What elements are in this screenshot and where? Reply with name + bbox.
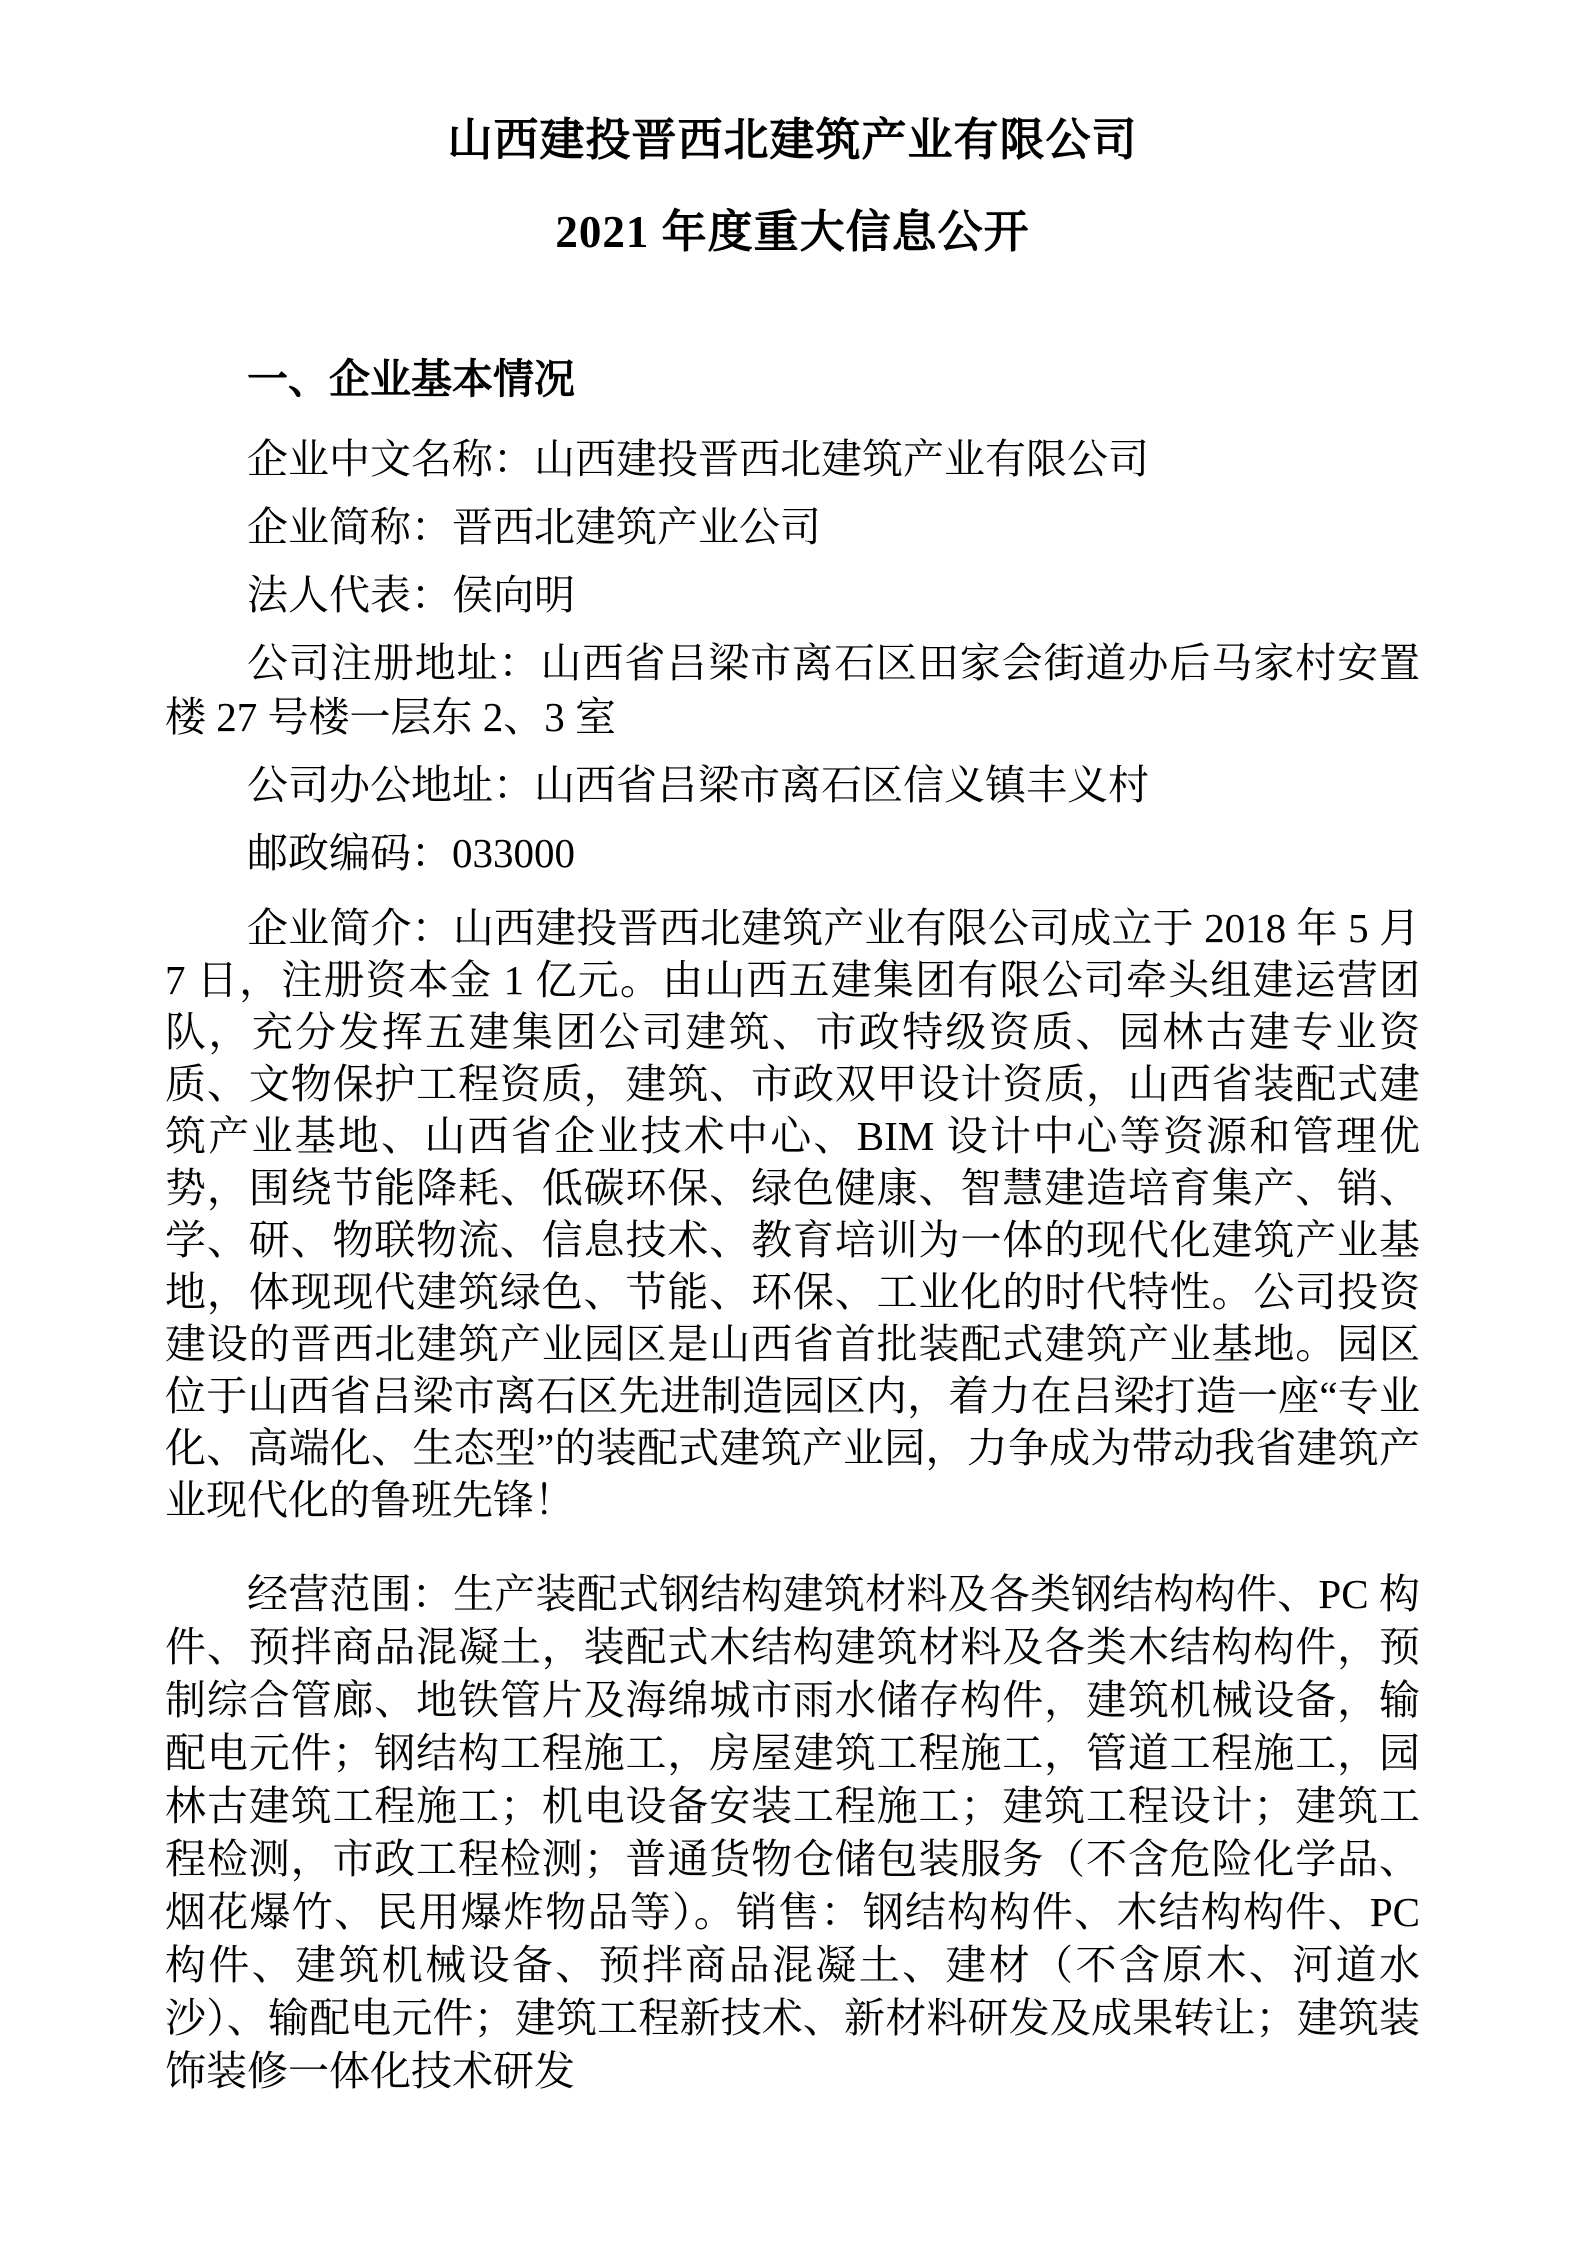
field-label: 企业简称：: [247, 504, 452, 550]
company-profile-paragraph: 企业简介：山西建投晋西北建筑产业有限公司成立于 2018 年 5 月 7 日，注…: [165, 902, 1420, 1526]
field-label: 企业中文名称：: [247, 436, 534, 482]
paragraph-text: 生产装配式钢结构建筑材料及各类钢结构构件、PC 构件、预拌商品混凝土，装配式木结…: [165, 1571, 1420, 2094]
field-postal-code: 邮政编码：033000: [165, 826, 1420, 880]
field-office-address: 公司办公地址：山西省吕梁市离石区信义镇丰义村: [165, 758, 1420, 812]
field-legal-representative: 法人代表：侯向明: [165, 568, 1420, 622]
field-label: 邮政编码：: [247, 830, 452, 876]
field-label: 公司注册地址：: [247, 640, 540, 686]
field-label: 公司办公地址：: [247, 762, 534, 808]
field-value: 033000: [452, 830, 575, 876]
field-value: 侯向明: [452, 572, 575, 618]
paragraph-label: 经营范围：: [247, 1571, 453, 1617]
field-company-chinese-name: 企业中文名称：山西建投晋西北建筑产业有限公司: [165, 432, 1420, 486]
field-label: 法人代表：: [247, 572, 452, 618]
field-value: 山西省吕梁市离石区信义镇丰义村: [534, 762, 1149, 808]
document-title: 山西建投晋西北建筑产业有限公司: [165, 112, 1420, 168]
field-value: 山西建投晋西北建筑产业有限公司: [534, 436, 1149, 482]
section-heading-basic-info: 一、企业基本情况: [165, 352, 1420, 406]
field-registered-address: 公司注册地址：山西省吕梁市离石区田家会街道办后马家村安置楼 27 号楼一层东 2…: [165, 636, 1420, 744]
paragraph-text: 山西建投晋西北建筑产业有限公司成立于 2018 年 5 月 7 日，注册资本金 …: [165, 905, 1420, 1523]
field-value: 晋西北建筑产业公司: [452, 504, 821, 550]
document-page: 山西建投晋西北建筑产业有限公司 2021 年度重大信息公开 一、企业基本情况 企…: [0, 0, 1587, 2245]
document-subtitle: 2021 年度重大信息公开: [165, 204, 1420, 260]
paragraph-label: 企业简介：: [247, 905, 453, 951]
field-company-short-name: 企业简称：晋西北建筑产业公司: [165, 500, 1420, 554]
business-scope-paragraph: 经营范围：生产装配式钢结构建筑材料及各类钢结构构件、PC 构件、预拌商品混凝土，…: [165, 1568, 1420, 2098]
